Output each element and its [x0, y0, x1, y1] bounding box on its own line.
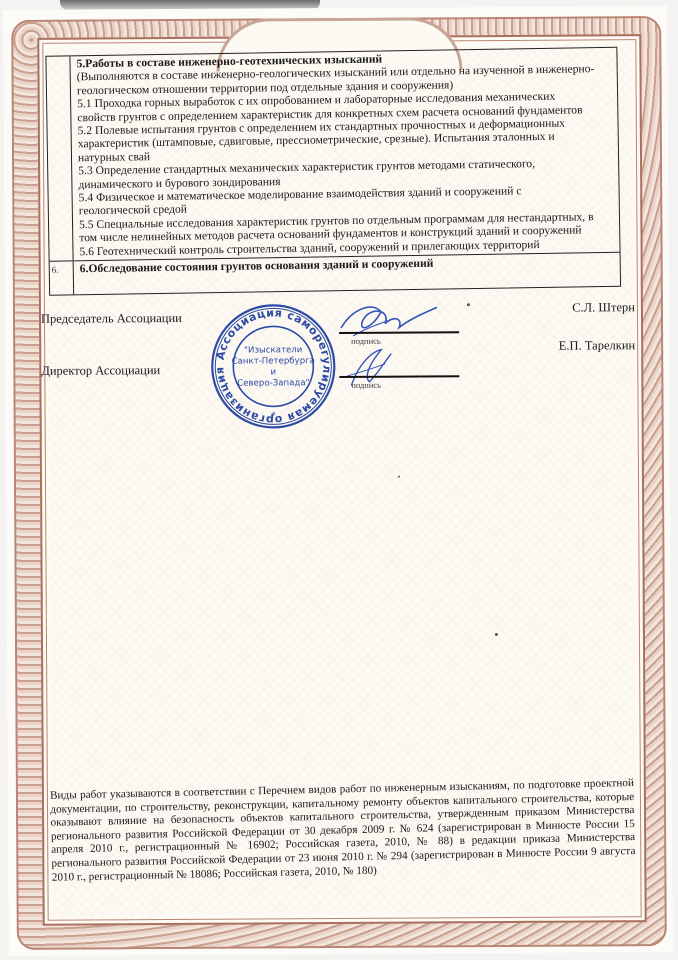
row-content: 5.Работы в составе инженерно-геотехничес… — [70, 48, 619, 261]
scan-speck — [495, 633, 498, 636]
svg-text:"Изыскатели: "Изыскатели — [244, 345, 302, 355]
organization-stamp-icon: Ассоциация саморегулируемая организация … — [209, 302, 338, 431]
signature-block: Председатель Ассоциации Директор Ассоциа… — [41, 306, 642, 410]
scan-speck — [467, 303, 470, 306]
director-name: Е.П. Тарелкин — [559, 338, 635, 353]
chairman-name: С.Л. Штерн — [572, 300, 635, 315]
work-types-table: 5.Работы в составе инженерно-геотехничес… — [45, 47, 621, 296]
director-signature-caption: подпись — [351, 380, 381, 390]
table-row: 5.Работы в составе инженерно-геотехничес… — [46, 48, 619, 262]
director-position: Директор Ассоциации — [41, 363, 160, 379]
svg-text:и: и — [271, 367, 277, 377]
legal-footnote: Виды работ указываются в соответствии с … — [50, 777, 636, 885]
chairman-position: Председатель Ассоциации — [41, 311, 182, 327]
row-number — [46, 56, 73, 260]
chairman-signature-icon — [333, 297, 443, 346]
row-number: 6. — [50, 261, 75, 294]
chairman-signature-caption: подпись — [351, 336, 381, 346]
svg-text:Северо-Запада": Северо-Запада" — [237, 378, 309, 388]
scan-speck — [398, 476, 400, 478]
svg-text:Санкт-Петербурга: Санкт-Петербурга — [232, 356, 315, 367]
svg-text:*: * — [271, 411, 276, 421]
certificate-page: 5.Работы в составе инженерно-геотехничес… — [3, 6, 673, 956]
